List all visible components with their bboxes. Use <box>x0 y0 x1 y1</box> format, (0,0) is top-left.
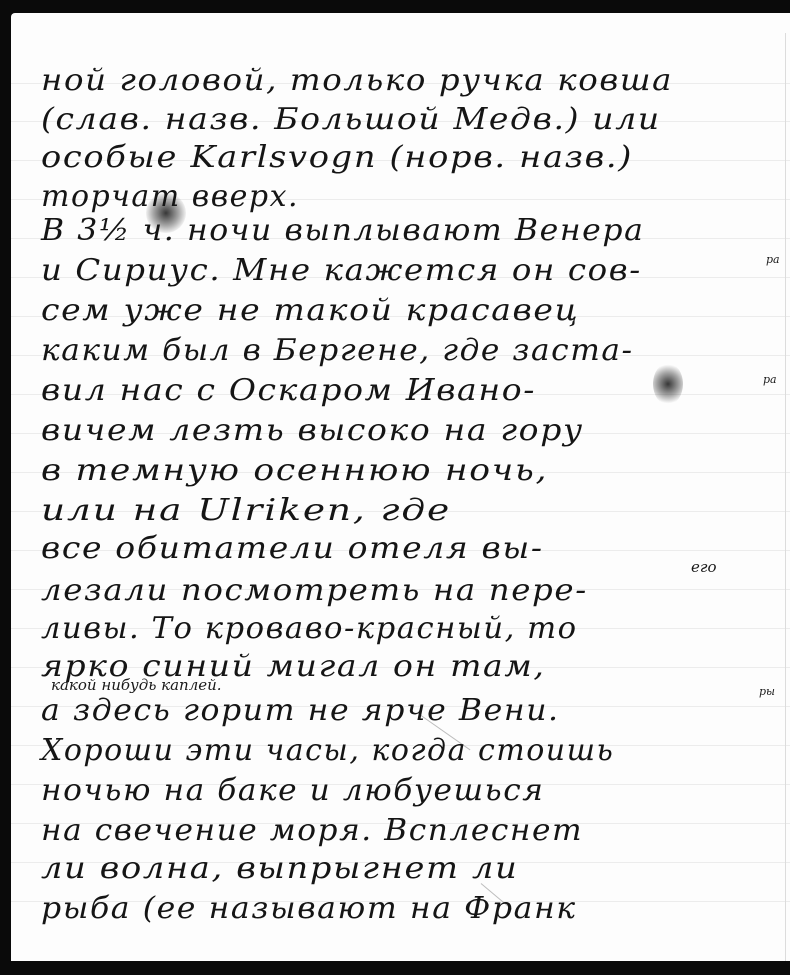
manuscript-line: ли волна, выпрыгнет ли <box>41 851 518 886</box>
manuscript-line: а здесь горит не ярче Вени. <box>41 693 560 728</box>
manuscript-line: лезали посмотреть на пере- <box>41 573 588 608</box>
manuscript-line: в темную осеннюю ночь, <box>41 453 548 488</box>
interlinear-note: какой нибудь каплей. <box>51 676 222 694</box>
manuscript-line: рыба (ее называют на Франк <box>41 891 577 926</box>
interlinear-note: ра <box>763 373 777 386</box>
manuscript-line: В 3½ ч. ночи выплывают Венера <box>41 213 645 248</box>
manuscript-line: Хороши эти часы, когда стоишь <box>41 733 614 768</box>
manuscript-line: ливы. То кроваво-красный, то <box>41 611 578 646</box>
manuscript-page: ной головой, только ручка ковша (слав. н… <box>11 13 790 961</box>
manuscript-line: торчат вверх. <box>41 179 299 214</box>
manuscript-line: вил нас с Оскаром Ивано- <box>41 373 536 408</box>
interlinear-note: ры <box>759 685 775 698</box>
manuscript-line: каким был в Бергене, где заста- <box>41 333 634 368</box>
manuscript-line: или на Ulriken, где <box>41 493 451 528</box>
interlinear-note: ра <box>766 253 780 266</box>
manuscript-line: ночью на баке и любуешься <box>41 773 544 808</box>
manuscript-line: сем уже не такой красавец <box>41 293 579 328</box>
manuscript-line: ной головой, только ручка ковша <box>41 63 673 98</box>
interlinear-note: его <box>691 558 717 576</box>
manuscript-line: (слав. назв. Большой Медв.) или <box>41 102 661 137</box>
manuscript-line: и Сириус. Мне кажется он сов- <box>41 253 642 288</box>
manuscript-line: все обитатели отеля вы- <box>41 531 544 566</box>
manuscript-line: особые Karlsvogn (норв. назв.) <box>41 140 633 175</box>
manuscript-line: вичем лезть высоко на гору <box>41 413 584 448</box>
ink-blot <box>653 363 683 405</box>
manuscript-line: на свечение моря. Всплеснет <box>41 813 583 848</box>
